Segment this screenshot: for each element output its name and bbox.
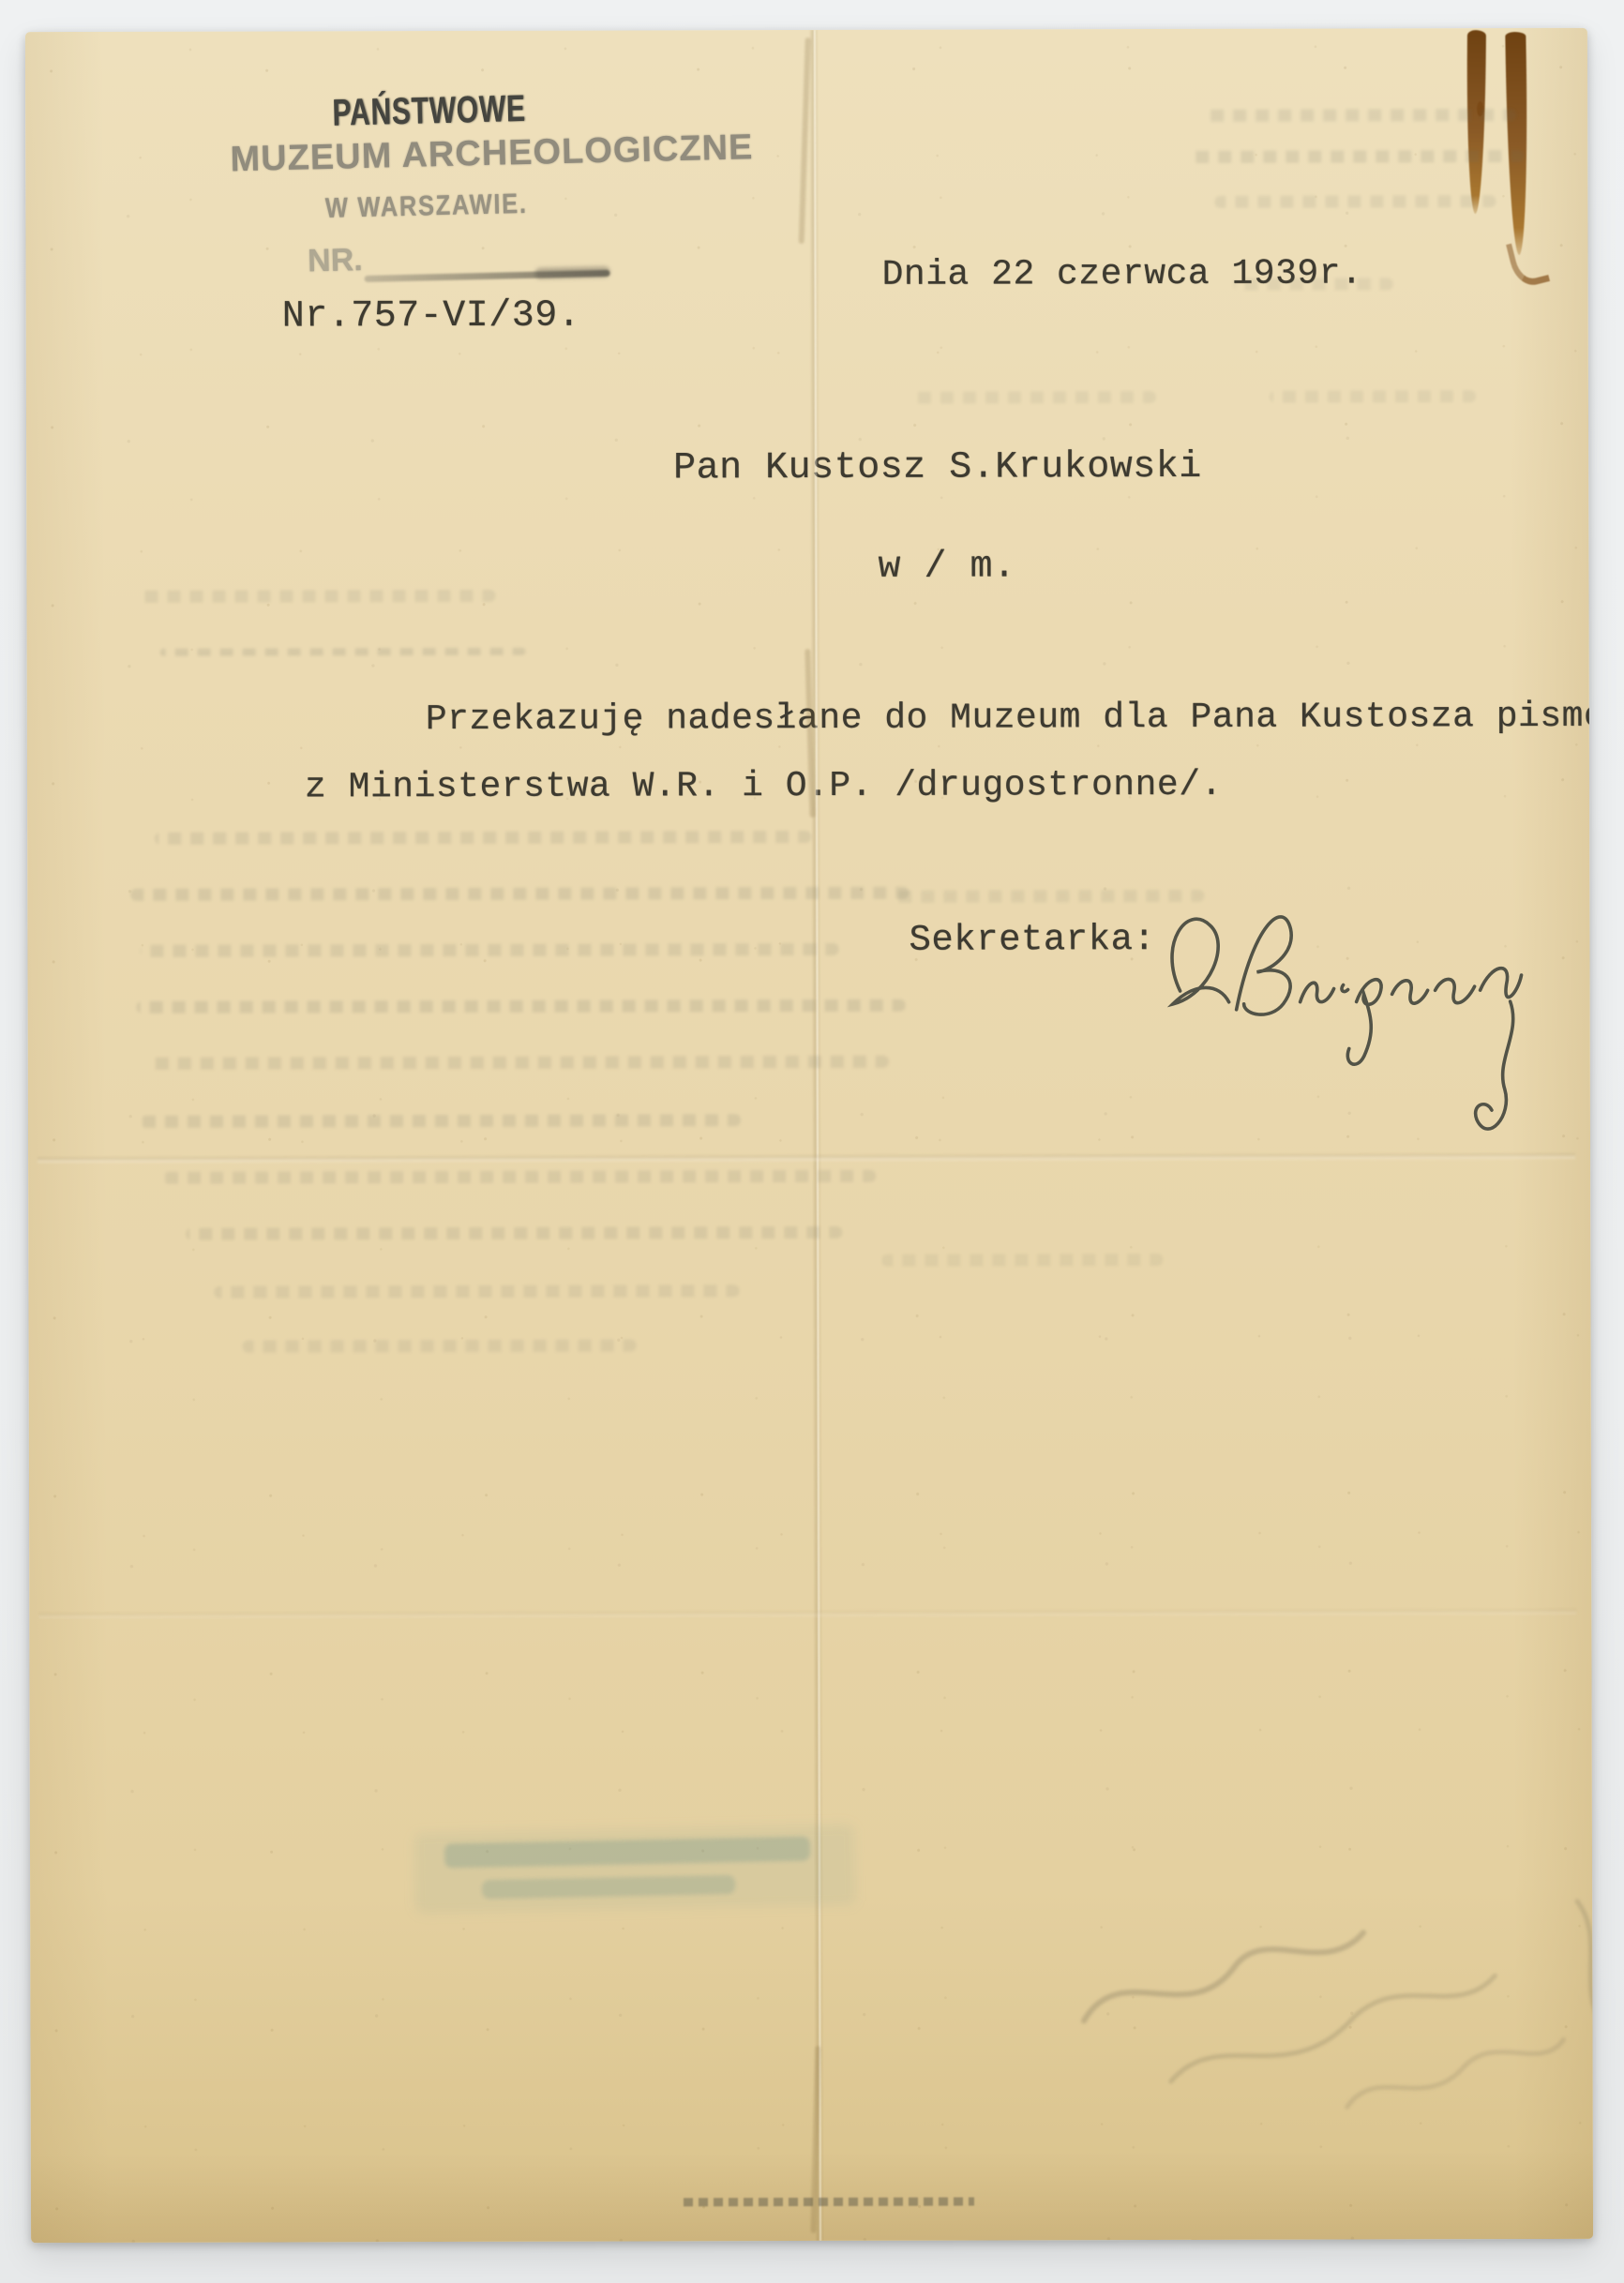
bleed-through-line — [1186, 150, 1524, 163]
bleed-through-line — [1214, 195, 1496, 208]
reference-number: Nr.757-VI/39. — [282, 295, 581, 338]
handwritten-signature — [1138, 870, 1533, 1162]
rust-stain-hook — [1506, 236, 1550, 289]
stamp-nr-label: NR. — [308, 242, 363, 279]
bleed-through-line — [1234, 278, 1393, 290]
bleed-through-line — [895, 890, 1204, 903]
delivery-note: w / m. — [878, 546, 1015, 588]
printer-imprint — [684, 2198, 974, 2207]
bleed-through-line — [130, 887, 909, 901]
scan-background: PAŃSTWOWE MUZEUM ARCHEOLOGICZNE W WARSZA… — [0, 0, 1624, 2283]
bleed-through-line — [243, 1339, 637, 1352]
bleed-through-line — [137, 999, 906, 1014]
bleed-through-line — [148, 1056, 889, 1070]
bleed-through-line — [214, 1284, 739, 1298]
bleed-through-line — [140, 943, 838, 957]
fold-crease-horizontal — [38, 1153, 1575, 1163]
body-line-1: Przekazuję nadesłane do Muzeum dla Pana … — [426, 697, 1593, 740]
fold-crease-horizontal — [38, 1609, 1576, 1618]
bleed-through-handwriting — [1052, 1864, 1593, 2203]
stamp-nr-smudge — [534, 266, 609, 279]
bleed-through-line — [881, 1254, 1163, 1267]
stamp-line-2: MUZEUM ARCHEOLOGICZNE — [230, 128, 754, 180]
rust-stain — [1505, 32, 1529, 255]
addressee: Pan Kustosz S.Krukowski — [673, 446, 1202, 489]
bleed-through-line — [139, 590, 495, 603]
stamp-line-1: PAŃSTWOWE — [332, 88, 526, 135]
fold-crease-vertical — [809, 30, 824, 2241]
bleed-through-line — [186, 1226, 842, 1240]
body-line-2: z Ministerstwa W.R. i O.P. /drugostronne… — [305, 765, 1223, 808]
bleed-through-line — [141, 1114, 741, 1128]
bleed-through-line — [160, 648, 526, 656]
bleed-through-line — [1270, 390, 1476, 403]
signer-title: Sekretarka: — [909, 919, 1155, 961]
bleed-through-line — [1207, 109, 1516, 122]
bleed-through-line — [155, 831, 811, 845]
rust-stain — [1466, 30, 1486, 214]
bleed-through-line — [163, 1170, 876, 1184]
bleed-through-line — [912, 391, 1156, 404]
stamp-line-3: W WARSZAWIE. — [324, 188, 528, 225]
letter-page: PAŃSTWOWE MUZEUM ARCHEOLOGICZNE W WARSZA… — [25, 28, 1593, 2243]
